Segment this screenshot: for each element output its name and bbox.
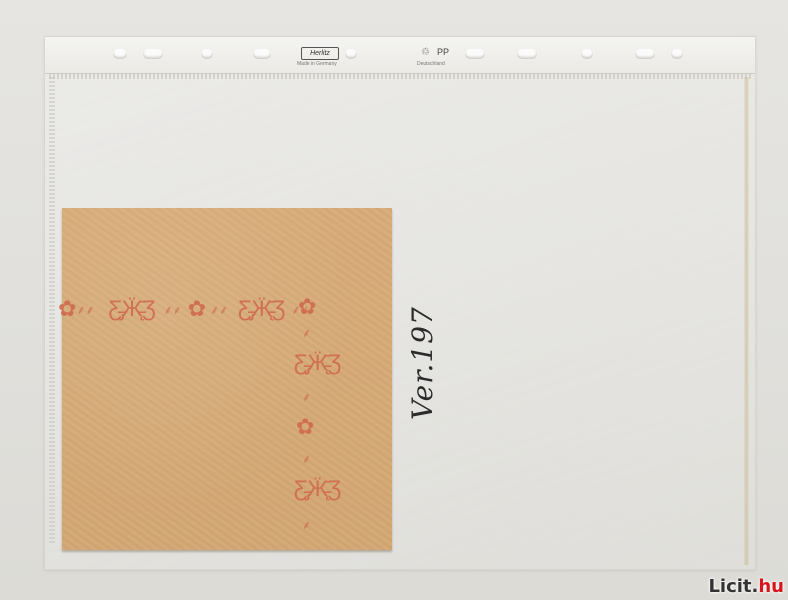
- napkin: ✿ ⸙⸙ Ƹ̵̡Ӝ̵̨̄Ʒ ⸙⸙ ✿ ⸙⸙ Ƹ̵̡Ӝ̵̨̄Ʒ ⸙⸙ ✿ ⸙ Ƹ̵…: [62, 208, 392, 550]
- handwritten-label: Ver.197: [406, 306, 439, 420]
- leaf-icon: ⸙: [302, 516, 311, 533]
- watermark: Licit.hu: [708, 576, 784, 597]
- flower-icon: ✿: [296, 416, 314, 438]
- butterfly-icon: Ƹ̵̡Ӝ̵̨̄Ʒ: [238, 298, 285, 320]
- napkin-border-vertical: ✿ ⸙ Ƹ̵̡Ӝ̵̨̄Ʒ ⸙ ✿ ⸙ Ƹ̵̡Ӝ̵̨̄Ʒ ⸙: [294, 294, 324, 550]
- recycle-icon: ♲: [421, 47, 430, 58]
- butterfly-icon: Ƹ̵̡Ӝ̵̨̄Ʒ: [108, 298, 155, 320]
- leaf-icon: ⸙⸙: [210, 301, 228, 318]
- butterfly-icon: Ƹ̵̡Ӝ̵̨̄Ʒ: [294, 352, 341, 374]
- leaf-icon: ⸙⸙: [76, 301, 94, 318]
- watermark-suffix: hu: [758, 576, 784, 597]
- leaf-icon: ⸙⸙: [164, 301, 182, 318]
- flower-icon: ✿: [58, 298, 76, 320]
- flower-icon: ✿: [298, 296, 316, 318]
- seam-left: [49, 77, 55, 545]
- material-mark: PP: [437, 47, 449, 57]
- punched-strip: Herlitz Made in Germany ♲ PP Deutschland: [45, 37, 755, 74]
- leaf-icon: ⸙: [302, 324, 311, 341]
- watermark-prefix: Licit.: [708, 576, 758, 597]
- brand-logo: Herlitz: [301, 47, 339, 60]
- sleeve-edge: [744, 77, 749, 565]
- made-in-text: Made in Germany: [297, 61, 337, 67]
- leaf-icon: ⸙: [302, 388, 311, 405]
- flower-icon: ✿: [188, 298, 206, 320]
- seam: [49, 73, 751, 79]
- leaf-icon: ⸙: [302, 450, 311, 467]
- recycle-text: Deutschland: [417, 61, 445, 67]
- napkin-border-horizontal: ✿ ⸙⸙ Ƹ̵̡Ӝ̵̨̄Ʒ ⸙⸙ ✿ ⸙⸙ Ƹ̵̡Ӝ̵̨̄Ʒ ⸙⸙: [62, 294, 312, 324]
- butterfly-icon: Ƹ̵̡Ӝ̵̨̄Ʒ: [294, 478, 341, 500]
